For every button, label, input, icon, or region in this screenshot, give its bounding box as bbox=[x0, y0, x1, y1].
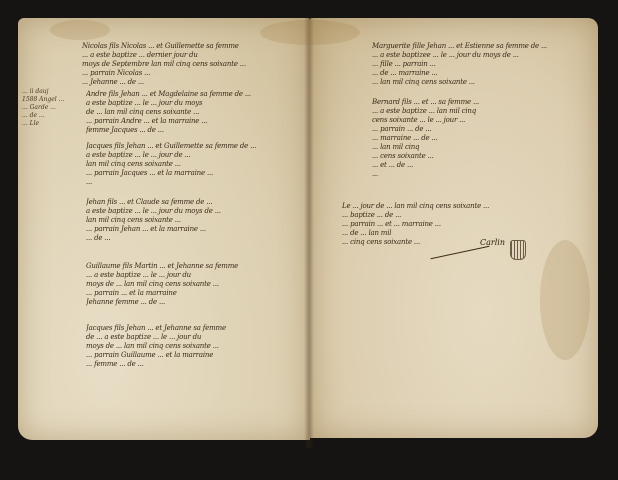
margin-note-line: ... de ... bbox=[22, 112, 45, 119]
entry-line: ... bbox=[372, 170, 592, 179]
margin-note-line: ... ii dauj bbox=[22, 88, 49, 95]
entry-line: Bernard fils ... et ... sa femme ... bbox=[372, 98, 592, 107]
entry-line: ... marraine ... de ... bbox=[372, 134, 592, 143]
entry-line: ... lan mil cinq bbox=[372, 143, 592, 152]
entry-line: cens soixante ... le ... jour ... bbox=[372, 116, 592, 125]
entry-line: Le ... jour de ... lan mil cinq cens soi… bbox=[342, 202, 592, 211]
entry-line: ... fille ... parrain ... bbox=[372, 60, 592, 69]
register-entry: Jehan fils ... et Claude sa femme de ...… bbox=[86, 198, 301, 243]
entry-line: ... parrain ... de ... bbox=[372, 125, 592, 134]
entry-line: ... parrain Guillaume ... et la marraine bbox=[86, 351, 301, 360]
entry-line: ... parrain Andre ... et la marraine ... bbox=[86, 117, 301, 126]
entry-line: ... parrain Jehan ... et la marraine ... bbox=[86, 225, 301, 234]
entry-line: de ... a este baptize ... le ... jour du bbox=[86, 333, 301, 342]
entry-line: ... femme ... de ... bbox=[86, 360, 301, 369]
entry-line: moys de ... lan mil cinq cens soixante .… bbox=[86, 280, 301, 289]
book-gutter bbox=[304, 18, 314, 448]
margin-note-line: ... Lle bbox=[22, 120, 39, 127]
entry-line: ... parrain Nicolas ... bbox=[82, 69, 297, 78]
entry-line: moys de Septembre lan mil cinq cens soix… bbox=[82, 60, 297, 69]
register-entry: Bernard fils ... et ... sa femme ... ...… bbox=[372, 98, 592, 179]
entry-line: Jacques fils Jehan ... et Jehanne sa fem… bbox=[86, 324, 301, 333]
notary-mark-icon bbox=[510, 240, 526, 260]
entry-line: ... bbox=[86, 178, 301, 187]
entry-line: Jacques fils Jehan ... et Guillemette sa… bbox=[86, 142, 301, 151]
entry-line: ... baptize ... de ... bbox=[342, 211, 592, 220]
entry-line: ... a este baptize ... dernier jour du bbox=[82, 51, 297, 60]
entry-line: ... a este baptize ... lan mil cinq bbox=[372, 107, 592, 116]
entry-line: lan mil cinq cens soixante ... bbox=[86, 216, 301, 225]
entry-line: moys de ... lan mil cinq cens soixante .… bbox=[86, 342, 301, 351]
paper-stain bbox=[50, 20, 110, 40]
register-entry: Jacques fils Jehan ... et Guillemette sa… bbox=[86, 142, 301, 187]
margin-note-line: ... Garde ... bbox=[22, 104, 56, 111]
entry-line: ... parrain Jacques ... et la marraine .… bbox=[86, 169, 301, 178]
margin-note: ... ii dauj 1588 Angel ... ... Garde ...… bbox=[22, 88, 84, 128]
entry-line: a este baptize ... le ... jour du moys bbox=[86, 99, 301, 108]
entry-line: femme Jacques ... de ... bbox=[86, 126, 301, 135]
paper-stain bbox=[540, 240, 590, 360]
entry-line: ... lan mil cinq cens soixante ... bbox=[372, 78, 592, 87]
entry-line: Jehanne femme ... de ... bbox=[86, 298, 301, 307]
entry-line: ... et ... de ... bbox=[372, 161, 592, 170]
entry-line: Andre fils Jehan ... et Magdelaine sa fe… bbox=[86, 90, 301, 99]
entry-line: ... cinq cens soixante ... bbox=[342, 238, 592, 247]
entry-line: de ... lan mil cinq cens soixante ... bbox=[86, 108, 301, 117]
register-entry: Andre fils Jehan ... et Magdelaine sa fe… bbox=[86, 90, 301, 135]
register-entry: Marguerite fille Jehan ... et Estienne s… bbox=[372, 42, 592, 87]
entry-line: ... a este baptize ... le ... jour du bbox=[86, 271, 301, 280]
entry-line: a este baptize ... le ... jour du moys d… bbox=[86, 207, 301, 216]
entry-line: ... de ... lan mil bbox=[342, 229, 592, 238]
margin-note-line: 1588 Angel ... bbox=[22, 96, 64, 103]
entry-line: Jehan fils ... et Claude sa femme de ... bbox=[86, 198, 301, 207]
register-entry: Nicolas fils Nicolas ... et Guillemette … bbox=[82, 42, 297, 87]
entry-line: ... parrain ... et la marraine bbox=[86, 289, 301, 298]
entry-line: ... a este baptizee ... le ... jour du m… bbox=[372, 51, 592, 60]
entry-line: ... cens soixante ... bbox=[372, 152, 592, 161]
entry-line: ... parrain ... et ... marraine ... bbox=[342, 220, 592, 229]
register-entry: Jacques fils Jehan ... et Jehanne sa fem… bbox=[86, 324, 301, 369]
entry-line: Nicolas fils Nicolas ... et Guillemette … bbox=[82, 42, 297, 51]
entry-line: a este baptize ... le ... jour de ... bbox=[86, 151, 301, 160]
entry-line: Marguerite fille Jehan ... et Estienne s… bbox=[372, 42, 592, 51]
register-entry: Guillaume fils Martin ... et Jehanne sa … bbox=[86, 262, 301, 307]
entry-line: ... de ... bbox=[86, 234, 301, 243]
entry-line: lan mil cinq cens soixante ... bbox=[86, 160, 301, 169]
entry-line: ... de ... marraine ... bbox=[372, 69, 592, 78]
entry-line: Guillaume fils Martin ... et Jehanne sa … bbox=[86, 262, 301, 271]
register-entry: Le ... jour de ... lan mil cinq cens soi… bbox=[342, 202, 592, 247]
signature: Carlin bbox=[480, 238, 505, 247]
entry-line: ... Jehanne ... de ... bbox=[82, 78, 297, 87]
